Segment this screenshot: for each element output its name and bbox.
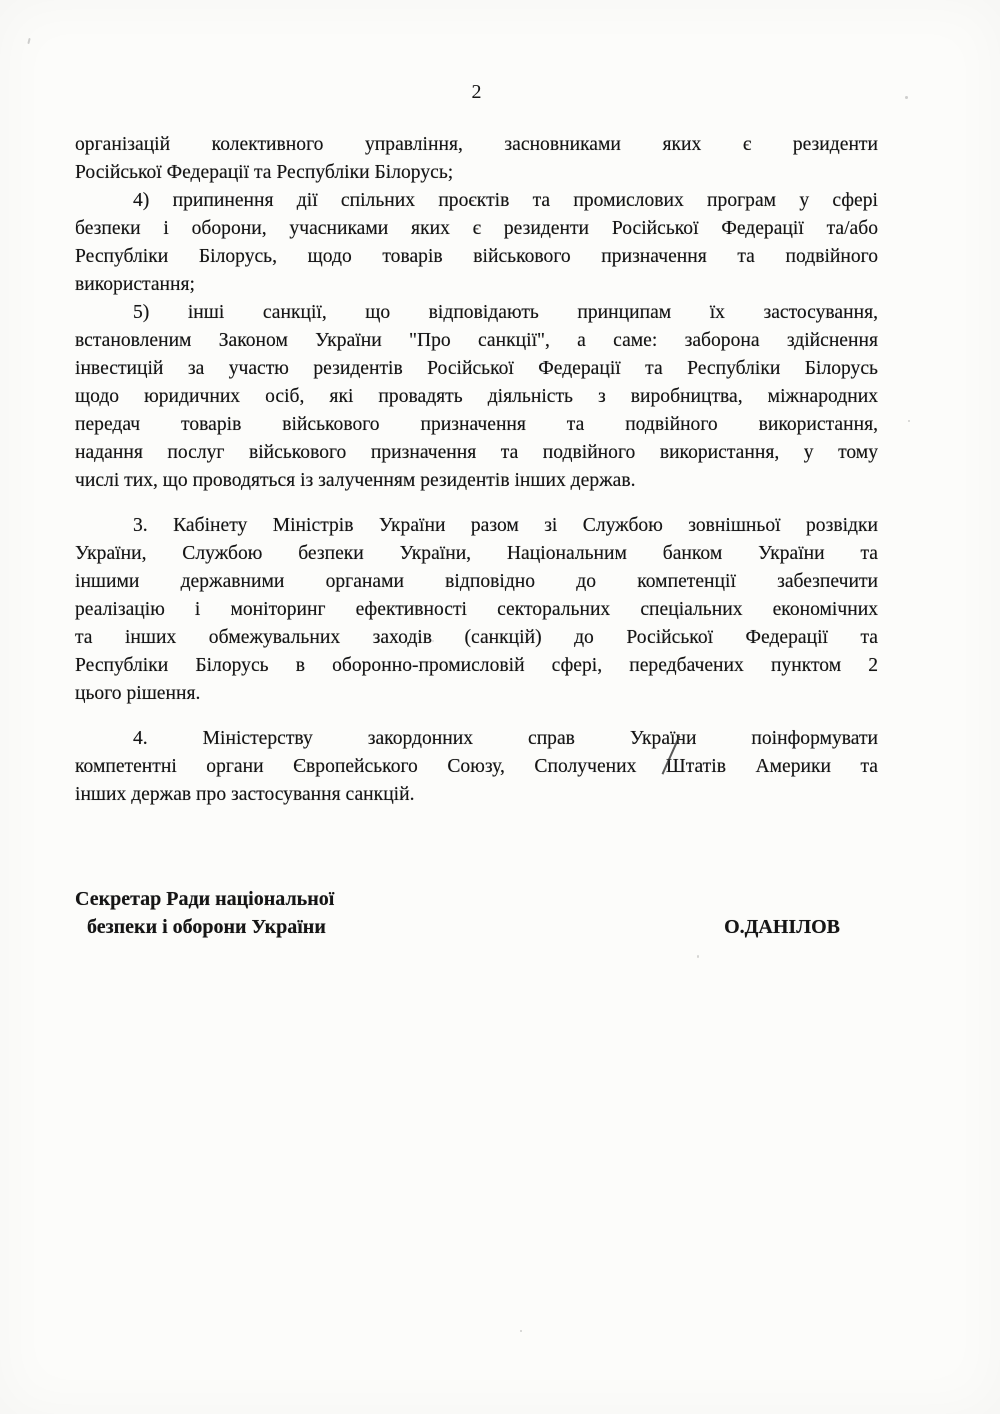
text-line: та інших обмежувальних заходів (санкцій)… bbox=[75, 624, 878, 652]
paragraph: 3. Кабінету Міністрів України разом зі С… bbox=[75, 512, 878, 708]
scan-speck bbox=[908, 420, 910, 422]
scan-speck bbox=[905, 96, 908, 99]
text-line: Республіки Білорусь в оборонно-промислов… bbox=[75, 652, 878, 680]
text-line: 5) інші санкції, що відповідають принцип… bbox=[75, 299, 878, 327]
text-line: інвестицій за участю резидентів Російськ… bbox=[75, 355, 878, 383]
text-line: реалізацію і моніторинг ефективності сек… bbox=[75, 596, 878, 624]
text-line: інших держав про застосування санкцій. bbox=[75, 781, 878, 809]
text-line: компетентні органи Європейського Союзу, … bbox=[75, 753, 878, 781]
signatory-title: Секретар Ради національної безпеки і обо… bbox=[75, 885, 334, 941]
paragraph: 5) інші санкції, що відповідають принцип… bbox=[75, 299, 878, 495]
page-number: 2 bbox=[75, 80, 878, 104]
text-line: числі тих, що проводяться із залученням … bbox=[75, 467, 878, 495]
text-line: щодо юридичних осіб, які провадять діяль… bbox=[75, 383, 878, 411]
text-line: передач товарів військового призначення … bbox=[75, 411, 878, 439]
signature-block: Секретар Ради національної безпеки і обо… bbox=[75, 885, 878, 941]
signatory-title-line: безпеки і оборони України bbox=[75, 913, 334, 941]
text-line: 4) припинення дії спільних проєктів та п… bbox=[75, 187, 878, 215]
text-line: встановленим Законом України "Про санкці… bbox=[75, 327, 878, 355]
scan-speck bbox=[432, 640, 434, 642]
scan-speck bbox=[27, 38, 30, 44]
scan-speck bbox=[697, 955, 699, 958]
signatory-name: О.ДАНІЛОВ bbox=[724, 913, 840, 941]
text-line: безпеки і оборони, учасниками яких є рез… bbox=[75, 215, 878, 243]
text-line: України, Службою безпеки України, Націон… bbox=[75, 540, 878, 568]
text-line: надання послуг військового призначення т… bbox=[75, 439, 878, 467]
paragraph: 4. Міністерству закордонних справ Україн… bbox=[75, 725, 878, 809]
text-line: організацій колективного управління, зас… bbox=[75, 131, 878, 159]
text-line: використання; bbox=[75, 271, 878, 299]
text-line: 4. Міністерству закордонних справ Україн… bbox=[75, 725, 878, 753]
text-line: 3. Кабінету Міністрів України разом зі С… bbox=[75, 512, 878, 540]
paragraph: 4) припинення дії спільних проєктів та п… bbox=[75, 187, 878, 299]
text-line: Російської Федерації та Республіки Білор… bbox=[75, 159, 878, 187]
document-content: 2 організацій колективного управління, з… bbox=[75, 80, 878, 941]
signatory-title-line: Секретар Ради національної bbox=[75, 885, 334, 913]
text-line: Республіки Білорусь, щодо товарів військ… bbox=[75, 243, 878, 271]
text-line: іншими державними органами відповідно до… bbox=[75, 568, 878, 596]
text-line: цього рішення. bbox=[75, 680, 878, 708]
paragraph: організацій колективного управління, зас… bbox=[75, 131, 878, 187]
scan-speck bbox=[520, 1330, 522, 1332]
scanned-document-page: 2 організацій колективного управління, з… bbox=[0, 0, 1000, 1414]
